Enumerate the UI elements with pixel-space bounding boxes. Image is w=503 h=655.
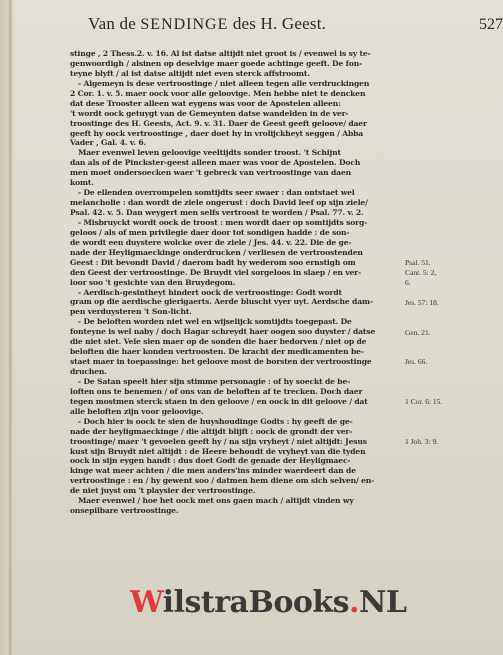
text-line: beloften die haer konden vertroosten. De…: [70, 347, 403, 357]
watermark-name: ilstraBooks: [163, 585, 349, 620]
text-line: kust sijn Bruydt niet altijdt : de Heere…: [70, 447, 403, 457]
margin-note: Gen. 21.: [405, 328, 431, 337]
text-line: gram op die aerdische gierigaerts. Aerde…: [70, 297, 403, 307]
margin-note: Jes. 57: 18.: [405, 298, 439, 307]
text-line: nade der Heyligmaeckinge onderdrucken / …: [70, 248, 403, 258]
text-line: vertroostinge : en / hy gewent soo / dat…: [70, 476, 403, 486]
text-line: geeft hy oock vertroostinge , daer doet …: [70, 129, 403, 139]
text-line: staet maer in toepassinge: het geloove m…: [70, 357, 403, 367]
text-line: troostinge/ maer 't gevoelen geeft hy / …: [70, 437, 403, 447]
margin-note: Cant. 5: 2,: [405, 268, 436, 277]
text-line: dan als of de Pinckster-geest alleen mae…: [70, 158, 403, 168]
text-line: melancholie : dan wordt de ziele ongerus…: [70, 198, 403, 208]
text-line: - De Satan speelt hier sijn stimme perso…: [70, 377, 403, 387]
text-line: komt.: [70, 178, 403, 188]
text-line: dat dese Trooster alleen wat eygens was …: [70, 99, 403, 109]
running-head-caps: SENDINGE: [140, 16, 228, 33]
text-line: kinge wat meer achten / die men anders'i…: [70, 466, 403, 476]
text-line: 2 Cor. 1. v. 5. maer oock voor alle gelo…: [70, 89, 403, 99]
body-text: stinge , 2 Thess.2. v. 16. Al ist datse …: [70, 49, 403, 516]
text-line: loften ons te benemen / of ons van de be…: [70, 387, 403, 397]
text-line: - Aerdisch-gesintheyt hindert oock de ve…: [70, 288, 403, 298]
running-head-suffix: des H. Geest.: [228, 14, 326, 33]
text-line: druchen.: [70, 367, 403, 377]
text-line: - De beloften worden niet wel en wijseli…: [70, 317, 403, 327]
text-line: pen verduysteren 't Son-licht.: [70, 307, 403, 317]
text-line: Geest : Dit bevondt David / daerom badt …: [70, 258, 403, 268]
text-line: genwoordigh / alsinen op deselvige maer …: [70, 59, 403, 69]
text-line: - De ellenden overrompelen somtijdts see…: [70, 188, 403, 198]
text-line: troostinge des H. Geests, Act. 9. v. 31.…: [70, 119, 403, 129]
text-line: tegen mostmen sterck staen in den geloov…: [70, 397, 403, 407]
text-line: - Doch hier is oock te sien de huyshoudi…: [70, 417, 403, 427]
text-line: de wordt een duystere wolcke over de zie…: [70, 238, 403, 248]
margin-note: Psal. 51.: [405, 258, 431, 267]
margin-note: 6.: [405, 278, 411, 287]
text-line: Maer evenwel leven geloovige veeltijdts …: [70, 148, 403, 158]
text-line: men moet ondersoecken waer 't gebreck va…: [70, 168, 403, 178]
watermark-dot: .: [349, 585, 359, 620]
book-page: Van de SENDINGE des H. Geest. 527 stinge…: [13, 0, 503, 655]
text-line: de niet juyst om 't playsier der vertroo…: [70, 486, 403, 496]
text-line: die niet siet. Vele sien maer op de sond…: [70, 337, 403, 347]
margin-note: 1 Joh. 3: 9.: [405, 437, 438, 446]
text-line: alle beloften zijn voor geloovige.: [70, 407, 403, 417]
watermark-suffix: NL: [359, 585, 407, 620]
running-head: Van de SENDINGE des H. Geest.: [88, 14, 408, 34]
running-head-prefix: Van de: [88, 14, 140, 33]
text-line: nade der heyligmaeckinge / die altijdt b…: [70, 427, 403, 437]
watermark-logo: WilstraBooks.NL: [130, 585, 406, 620]
text-line: den Geest der vertroostinge. De Bruydt v…: [70, 268, 403, 278]
text-line: teyne blyft / al ist datse altijdt niet …: [70, 69, 403, 79]
text-line: oock in sijn eygen handt : dus doet Godt…: [70, 456, 403, 466]
margin-note: Jes. 66.: [405, 357, 427, 366]
text-line: fonteyne is wel naby / doch Hagar schrey…: [70, 327, 403, 337]
book-spine-edge: [0, 0, 13, 655]
page-number: 527: [479, 16, 503, 34]
text-line: stinge , 2 Thess.2. v. 16. Al ist datse …: [70, 49, 403, 59]
text-line: - Misbruyckt wordt oock de troost : men …: [70, 218, 403, 228]
text-line: Vader , Gal. 4. v. 6.: [70, 138, 403, 148]
text-line: loor soo 't gesichte van den Bruydegom.: [70, 278, 403, 288]
watermark-first-letter: W: [130, 585, 163, 620]
text-line: 't wordt oock getuygt van de Gemeynten d…: [70, 109, 403, 119]
text-line: - Algemeyn is dese vertroostinge / niet …: [70, 79, 403, 89]
text-line: Maer evenwel / hoe het oock met ons gaen…: [70, 496, 403, 506]
text-line: Psal. 42. v. 5. Dan weygert men selfs ve…: [70, 208, 403, 218]
text-line: onsepilbare vertroostinge.: [70, 506, 403, 516]
text-line: geloos / als of men privilegie daer door…: [70, 228, 403, 238]
margin-note: 1 Cor. 6: 15.: [405, 397, 442, 406]
